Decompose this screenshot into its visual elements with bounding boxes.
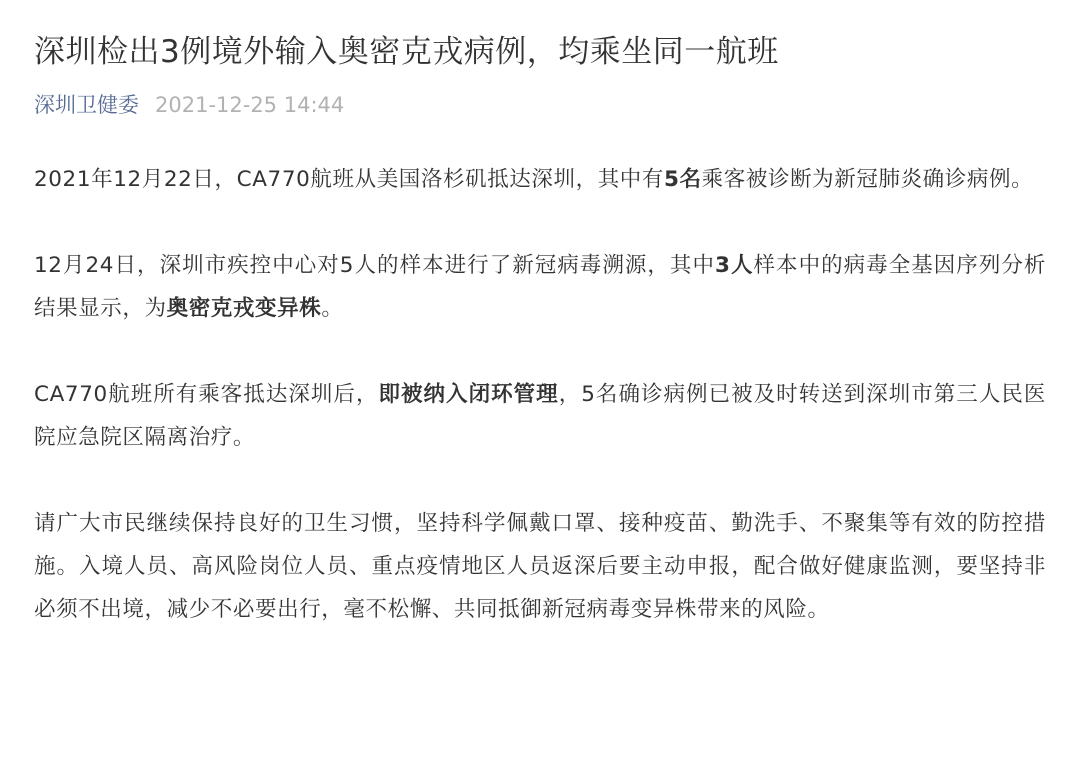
article-content: 2021年12月22日，CA770航班从美国洛杉矶抵达深圳，其中有5名乘客被诊断…	[34, 158, 1046, 631]
paragraph-4: 请广大市民继续保持良好的卫生习惯，坚持科学佩戴口罩、接种疫苗、勤洗手、不聚集等有…	[34, 502, 1046, 631]
highlight-text: 5名	[664, 167, 702, 192]
highlight-text: 3人	[715, 253, 754, 278]
highlight-text: 即被纳入闭环管理	[378, 382, 558, 407]
paragraph-text: 。	[321, 296, 343, 321]
paragraph-1: 2021年12月22日，CA770航班从美国洛杉矶抵达深圳，其中有5名乘客被诊断…	[34, 158, 1046, 201]
article-title: 深圳检出3例境外输入奥密克戎病例，均乘坐同一航班	[34, 0, 1046, 74]
source-account-link[interactable]: 深圳卫健委	[34, 90, 139, 120]
article: 深圳检出3例境外输入奥密克戎病例，均乘坐同一航班 深圳卫健委 2021-12-2…	[0, 0, 1080, 631]
publish-timestamp: 2021-12-25 14:44	[155, 90, 344, 120]
article-meta: 深圳卫健委 2021-12-25 14:44	[34, 90, 1046, 120]
paragraph-2: 12月24日，深圳市疾控中心对5人的样本进行了新冠病毒溯源，其中3人样本中的病毒…	[34, 244, 1046, 330]
paragraph-3: CA770航班所有乘客抵达深圳后，即被纳入闭环管理，5名确诊病例已被及时转送到深…	[34, 373, 1046, 459]
paragraph-text: 12月24日，深圳市疾控中心对5人的样本进行了新冠病毒溯源，其中	[34, 253, 715, 278]
paragraph-text: 乘客被诊断为新冠肺炎确诊病例。	[702, 167, 1034, 192]
paragraph-text: 请广大市民继续保持良好的卫生习惯，坚持科学佩戴口罩、接种疫苗、勤洗手、不聚集等有…	[34, 511, 1046, 622]
paragraph-text: 2021年12月22日，CA770航班从美国洛杉矶抵达深圳，其中有	[34, 167, 664, 192]
paragraph-text: CA770航班所有乘客抵达深圳后，	[34, 382, 378, 407]
highlight-text: 奥密克戎变异株	[167, 296, 322, 321]
